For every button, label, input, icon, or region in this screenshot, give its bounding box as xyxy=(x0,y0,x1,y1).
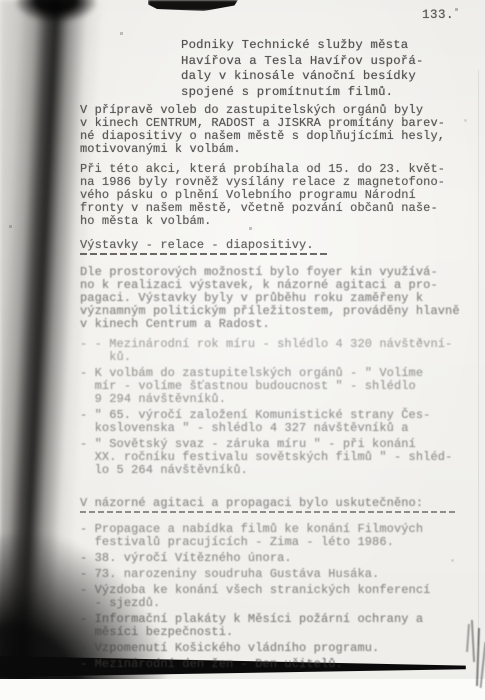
paragraph-prostory: Dle prostorových možností bylo foyer kin… xyxy=(80,266,460,331)
dashed-heading-underline xyxy=(80,511,455,513)
spine-shadow-top-blob xyxy=(16,0,96,22)
page-edge-line xyxy=(478,70,479,645)
pen-mark xyxy=(471,620,475,662)
bullet-item: - " 65. výročí založení Komunistické str… xyxy=(80,409,470,435)
intro-paragraph: Podniky Technické služby města Havířova … xyxy=(181,38,424,100)
section-heading-vystavky: Výstavky - relace - diapositivy. xyxy=(80,239,314,252)
bullet-item: - 73. narozeniny soudruha Gustáva Husáka… xyxy=(80,568,470,581)
scanned-document-page: 133. Podniky Technické služby města Haví… xyxy=(0,0,485,700)
section-heading-agitace: V názorné agitaci a propagaci bylo uskut… xyxy=(80,497,423,510)
scan-dark-streak-top xyxy=(148,0,238,11)
bullet-item: - Propagace a nabídka filmů ke konání Fi… xyxy=(80,523,470,549)
scan-margin-bottom xyxy=(0,679,485,700)
bullet-item: - 38. výročí Vítězného února. xyxy=(80,552,470,565)
bullet-item: - - Mezinárodní rok míru - shlédlo 4 320… xyxy=(80,338,470,364)
bullet-item: - Informační plakáty k Měsíci požární oc… xyxy=(80,613,470,639)
page-number: 133. xyxy=(422,8,454,22)
exhibitions-bullet-list: - - Mezinárodní rok míru - shlédlo 4 320… xyxy=(80,338,470,480)
scan-speckles xyxy=(0,0,1,1)
agitation-bullet-list: - Propagace a nabídka filmů ke konání Fi… xyxy=(80,523,470,674)
bullet-item: - Výzdoba ke konání všech stranických ko… xyxy=(80,584,470,610)
bullet-item: - Vzpomenutí Košického vládního programu… xyxy=(80,642,470,655)
bullet-item: - " Sovětský svaz - záruka míru " - při … xyxy=(80,438,470,477)
paragraph-akce: Při této akci, která probíhala od 15. do… xyxy=(80,163,445,228)
pen-mark xyxy=(476,628,480,686)
bullet-item: - Mezinárodní den žen - Den učitelů. xyxy=(80,658,470,671)
bullet-item: - K volbám do zastupitelských orgánů - "… xyxy=(80,367,470,406)
pen-mark xyxy=(480,642,485,688)
heading-underline xyxy=(80,253,327,255)
paragraph-volby: V přípravě voleb do zastupitelských orgá… xyxy=(80,104,445,156)
